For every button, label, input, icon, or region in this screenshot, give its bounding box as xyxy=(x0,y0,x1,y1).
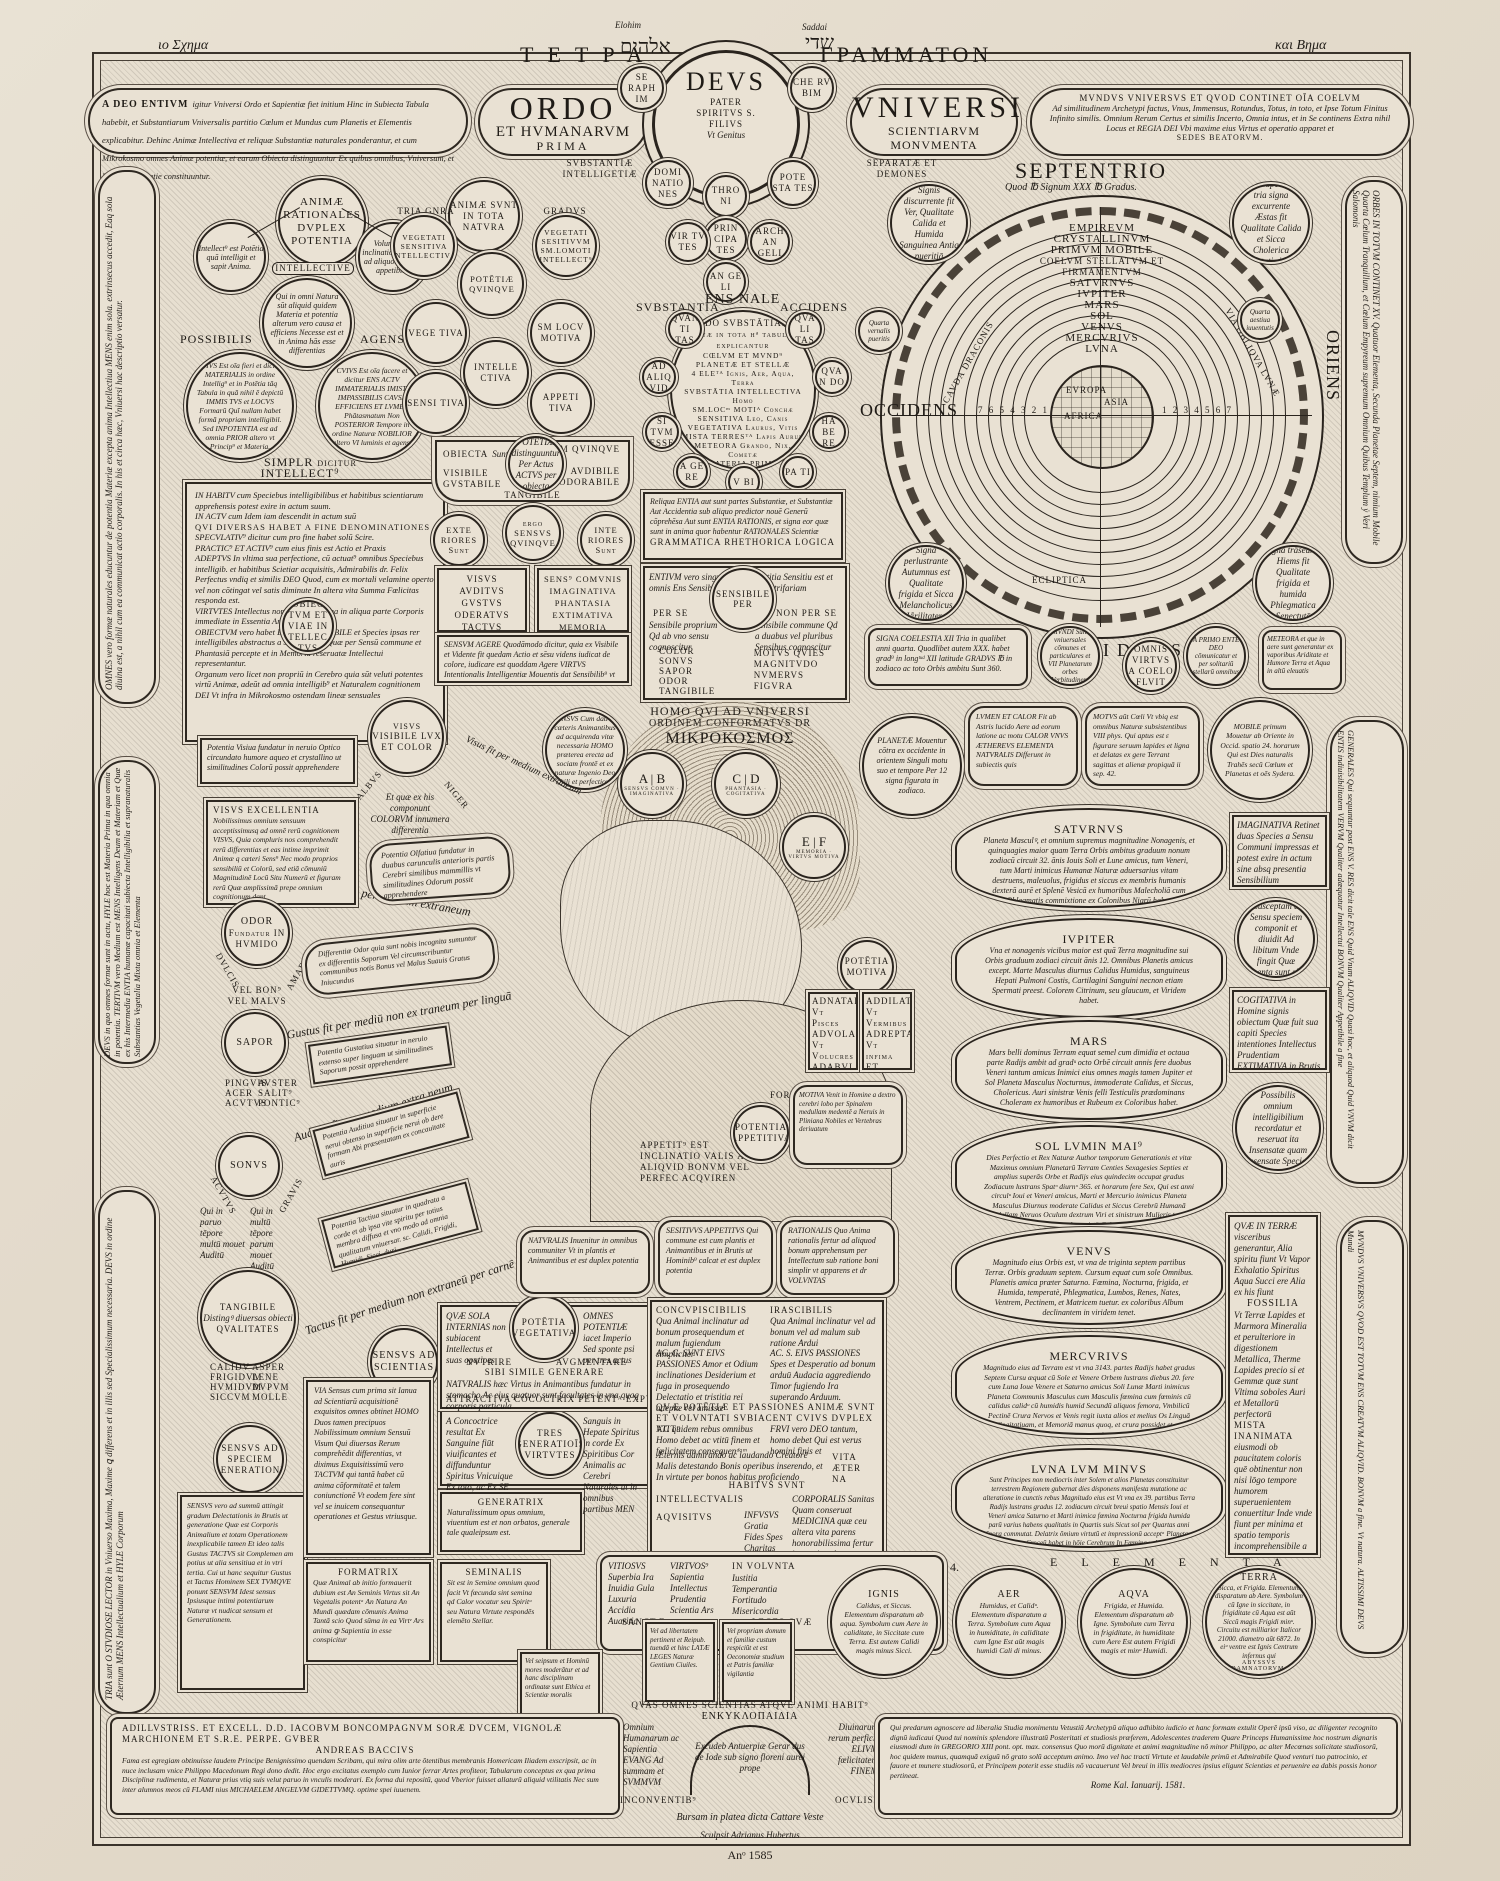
aqua-text: Frigida, et Humida. Elementum disparatum… xyxy=(1090,1601,1178,1655)
quarta-aestiva-circle: Quarta aestiua iuuentutis xyxy=(1240,300,1280,340)
aqua-title: AQVA xyxy=(1118,1589,1150,1601)
order-throni: THRO NI xyxy=(705,175,747,217)
potentiae-quinque-circle: POTĒTIÆ QVINQVE xyxy=(460,252,524,316)
accident-pati: PA TI xyxy=(782,456,814,488)
intro-right-lead: MVNDVS VNIVERSVS ET QVOD CONTINET OĪA CO… xyxy=(1044,93,1396,103)
deus-ring-filius: FILIVS xyxy=(709,119,743,130)
meteora-box: METEORA et que in aere sunt generantur e… xyxy=(1262,630,1342,690)
virtuosus-list: VIRTVOS⁹ Sapientia Intellectus Prudentia… xyxy=(670,1561,725,1616)
brain-cell-ab: A | B SENSVS COMVN · IMAGINATIVA xyxy=(620,752,684,816)
quae-in-terra-column: QVÆ IN TERRÆ visceribus generantur, Alia… xyxy=(1228,1215,1318,1555)
footer-oculis: OCVLIS xyxy=(835,1795,874,1806)
order-archangeli: ARCH AN GELI xyxy=(750,222,790,262)
label-separatae-demones: SEPARATÆ ET DEMONES xyxy=(862,158,942,180)
hebrew-label-elohim: Elohim xyxy=(615,20,641,31)
saturnus-title: SATVRNVS xyxy=(983,822,1195,836)
sapor-right-list: AVSTER SALIT⁹ PONTIC⁹ xyxy=(258,1078,301,1108)
formatrix-title: FORMATRIX xyxy=(313,1567,424,1578)
scale-right: 1 2 3 4 5 6 7 xyxy=(1162,405,1233,416)
reliqua-text: Reliqua ENTIA aut sunt partes Substantiæ… xyxy=(650,497,836,537)
phantasia-circle: PHANTASIA Susceptam a Sensu speciem comp… xyxy=(1237,900,1315,978)
proprium-list: COLOR SONVS SAPOR ODOR TANGIBILE xyxy=(659,646,715,696)
header-greek-right: και Βημα xyxy=(1275,38,1326,54)
corporalis-text: CORPORALIS Sanitas Quam conseruat MEDICI… xyxy=(792,1494,878,1560)
earth-globe: EVROPA ASIA AFRICA xyxy=(1050,365,1154,469)
iupiter-text: Vna et nonagenis vicibus maior est quā T… xyxy=(983,946,1195,1006)
intellectus-banner: INTELLECT⁹ xyxy=(250,466,350,480)
accidens-label: ACCIDENS xyxy=(780,300,848,314)
aeternis-text: Æternis admirando ac laudando Creatorē M… xyxy=(656,1450,826,1483)
sol-title: SOL LVMIN MAI⁹ xyxy=(983,1139,1195,1153)
sapor-ponticus: PONTIC⁹ xyxy=(258,1098,301,1108)
sonus-circle: SONVS xyxy=(218,1135,280,1197)
aer-text: Humidus, et Calidᵘ. Elementum disparatum… xyxy=(965,1601,1053,1655)
ordo-line: 4 ELEᵀᴬ Ignis, Aer, Aqua, Terra xyxy=(680,369,806,387)
intellective-banner: INTELLECTIVE xyxy=(272,262,354,275)
proprium-odor: ODOR xyxy=(659,676,715,686)
intro-cartouche-right: MVNDVS VNIVERSVS ET QVOD CONTINET OĪA CO… xyxy=(1030,88,1410,156)
intellectus-p2: QVI DIVERSAS HABET A FINE DENOMINATIONES xyxy=(195,522,435,533)
ordo-line: SVBSTĀTIA INTELLECTIVA Homo xyxy=(680,387,806,405)
commune-figura: FIGVRA xyxy=(754,681,825,692)
int-memoria: MEMORIA xyxy=(539,621,627,633)
seminalis-title: SEMINALIS xyxy=(447,1567,541,1578)
right-border-orbes-text: ORBES IN TOTVM CONTINET XV. Quatuor Elem… xyxy=(1347,182,1385,558)
cosmos-north-sub: Quod ℔ Signum XXX ℔ Gradus. xyxy=(1005,182,1137,194)
visus-excellentia-text: Nobilissimus omnium sensuum acceptissimu… xyxy=(213,816,349,902)
objectum-circle: OBIEC TVM ET VIAE IN TELLEC TVS xyxy=(282,600,334,652)
accident-situm-esse: SI TVM ESSE xyxy=(645,415,679,449)
ecliptica-label: ECLIPTICA xyxy=(1032,575,1087,586)
title-scientiarum: SCIENTIARVM xyxy=(852,124,1016,138)
terra-title: TERRA xyxy=(1240,1572,1278,1584)
int-sensus-communis: SENS⁹ COMVNIS xyxy=(539,573,627,585)
obiecta-odorabile: ODORABILE xyxy=(559,477,620,488)
venus-text: Magnitudo eius Orbis est, vt vna de trig… xyxy=(983,1258,1195,1318)
iupiter-title: IVPITER xyxy=(983,932,1195,946)
right-border-orbes: ORBES IN TOTVM CONTINET XV. Quatuor Elem… xyxy=(1345,180,1403,564)
intellective-circle: Qui in omni Natura sūt aliquid quidem Ma… xyxy=(262,278,352,368)
lumen-calor-box: LVMEN ET CALOR Fit ab Astris lucido Aere… xyxy=(968,706,1078,786)
potentia-olfactiva-box: Potentia Olfatiua fundatur in duabus car… xyxy=(368,835,512,903)
intellectus-p0: IN HABITV cum Speciebus intelligibilibus… xyxy=(195,490,435,511)
concoctrice-text: A Concoctrice resultat Ex Sanguine fiūt … xyxy=(446,1416,516,1493)
odor-inner: Fundatur IN HVMIDO xyxy=(226,928,288,950)
aquisitus-label: AQVISITVS xyxy=(656,1512,713,1523)
motiva-text-box: MOTIVA Venit in Homine a dextro cerebri … xyxy=(793,1085,903,1165)
element-ignis: IGNIS Calidus, et Siccus. Elementum disp… xyxy=(830,1568,938,1676)
power-appetitiva: APPETI TIVA xyxy=(530,372,592,434)
mundi-circle: MVNDI Sunt vniuersales cōmunes et partic… xyxy=(1040,626,1100,686)
left-border-omnes-text: OMNES vero formæ naturales educuntur de … xyxy=(100,172,128,698)
luna-title: LVNA LVM MINVS xyxy=(983,1462,1195,1476)
imaginativa-box: IMAGINATIVA Retinet duas Species a Sensu… xyxy=(1232,815,1327,887)
deus-ring-genitus: Vt Genitus xyxy=(707,130,745,141)
title-monumenta: MONVMENTA xyxy=(852,138,1016,152)
power-intellectiva: INTELLE CTIVA xyxy=(463,340,529,406)
tangibile-molle: MOLLE xyxy=(252,1392,290,1402)
globe-africa: AFRICA xyxy=(1064,411,1103,422)
terra-text: Sicca, et Frigida. Elementum disparatum … xyxy=(1215,1584,1303,1661)
scale-left: 7 6 5 4 3 2 1 xyxy=(978,405,1049,416)
brain-cell-ef: E | F MEMORIA · VIRTVS MOTIVA xyxy=(782,815,846,879)
potentia-appetitiva-circle: POTENTIA APPETITIVA xyxy=(733,1105,789,1161)
proprium-sapor: SAPOR xyxy=(659,666,715,676)
seminalis-box: SEMINALIS Sit est in Semine omnium quod … xyxy=(440,1562,548,1662)
power-vegetiva: VEGE TIVA xyxy=(405,302,467,364)
header-grammaton: ΓΡΑΜΜΑΤΟΝ xyxy=(820,42,992,68)
interiores-circle: INTE RIORES Sunt xyxy=(580,514,632,566)
iupiter-cartouche: IVPITER Vna et nonagenis vicibus maior e… xyxy=(955,918,1223,1018)
footer-center-right: Diuinarum rerum perficit ELIVM fœlicitat… xyxy=(818,1722,878,1777)
sapor-circle: SAPOR xyxy=(224,1012,286,1074)
commune-motus: MOTVS QVIES xyxy=(754,648,825,659)
order-potestates: POTE STA TES xyxy=(770,160,816,206)
sol-cartouche: SOL LVMIN MAI⁹ Dies Perfectio et Rex Nat… xyxy=(955,1125,1223,1225)
right-border-generales: GENERALES Qui sequuntur post ENS V. RES … xyxy=(1330,720,1404,1184)
potentia-vegetativa-circle: POTĒTIA VEGETATIVA xyxy=(512,1296,576,1360)
mercurius-cartouche: MERCVRIVS Magnitudo eius ad Terram est v… xyxy=(955,1335,1223,1435)
hebrew-saddai: שדי xyxy=(805,32,834,55)
cell-ab-ring: SENSVS COMVN · IMAGINATIVA xyxy=(622,787,682,797)
element-aqua: AQVA Frigida, et Humida. Elementum dispa… xyxy=(1080,1568,1188,1676)
tangibile-right-list: ASPER LENE DVPVM MOLLE xyxy=(252,1362,290,1402)
accident-habere: HA BE RE xyxy=(812,415,846,449)
sapor-auster: AVSTER xyxy=(258,1078,301,1088)
possibilis-label: POSSIBILIS xyxy=(180,332,253,346)
accident-ad-aliquid: AD ALIQ VID xyxy=(642,360,676,394)
hebrew-elohim: אלהים xyxy=(620,36,671,59)
ens-nale-label: ENS NALE xyxy=(705,292,780,308)
adnatandum-box: ADNATADV Vt Pisces ADVOLANDVM Vt Volucre… xyxy=(808,992,858,1070)
gradus-circle: VEGETATI SESITIVVM SM.LOMOTI INTELLECT⁹ xyxy=(535,215,597,277)
footer-sculpsit: Sculpsit Adrianus Hubertus xyxy=(640,1830,860,1841)
tangibile-sub: Distingꝰ diuersas obiecti xyxy=(203,1313,292,1324)
element-terra: TERRA Sicca, et Frigida. Elementum dispa… xyxy=(1205,1568,1313,1676)
intellectus-p1: IN ACTV cum Idem iam descendit in actum … xyxy=(195,511,435,522)
elementa-label: ELEMENTA xyxy=(1050,1555,1306,1569)
commune-list: MOTVS QVIES MAGNITVDO NVMERVS FIGVRA xyxy=(754,648,825,692)
accident-agere: A GE RE xyxy=(676,456,708,488)
tangibile-durum: DVPVM xyxy=(252,1382,290,1392)
visus-ring: VISVS xyxy=(393,722,421,731)
sphere-labels: EMPIREVM CRYSTALLINVM PRIMVM MOBILE COEL… xyxy=(1002,223,1202,355)
visus-inner: VISIBILE LVX ET COLOR xyxy=(372,731,442,753)
luna-cartouche: LVNA LVM MINVS Sunt Principes non medioc… xyxy=(955,1448,1223,1548)
deus-title: DEVS xyxy=(686,67,766,97)
power-sensitiva: SENSI TIVA xyxy=(405,372,467,434)
intellectus-p3: SPECVLATIV⁹ dicitur cum pro fine habet s… xyxy=(195,532,435,543)
footer-center-top: QVAS OMNES SCIENTIAS ATQVE ANIMI HABIT⁹ xyxy=(620,1700,880,1711)
tangibile-title: TANGIBILE xyxy=(220,1302,276,1313)
addilatandum-box: ADDILATA Vt Vermibus ADREPTAN Vt infima … xyxy=(862,992,912,1070)
anima-rationalis-circle: ANIMÆ RATIONALES DVPLEX POTENTIA xyxy=(278,178,366,266)
microcosm-title-2: ORDINEM CONFORMATVS DR xyxy=(620,718,840,730)
saturnus-cartouche: SATVRNVS Planeta Masculꝰ, et omnium supr… xyxy=(955,808,1223,908)
habitus-sunt-label: HABITVS SVNT xyxy=(652,1480,882,1491)
imaginativa-text: IMAGINATIVA Retinet duas Species a Sensu… xyxy=(1237,820,1322,886)
footer-year: Anᵒ 1585 xyxy=(640,1848,860,1862)
visus-excellentia-title: VISVS EXCELLENTIA xyxy=(213,805,349,816)
aer-title: AER xyxy=(998,1589,1021,1601)
per-se-label: PER SE xyxy=(653,608,688,619)
intro-cartouche-left: A DEO ENTIVM igitur Vniversi Ordo et Sap… xyxy=(88,88,468,154)
vel-propriam-box: Vel propriam domum et familiæ custum res… xyxy=(722,1622,792,1702)
ordo-line: SENSITIVA Leo, Canis xyxy=(698,414,789,423)
sensum-agere-box: SENSVM AGERE Quodāmodo dicitur, quia ex … xyxy=(437,635,629,683)
proprium-tangibile: TANGIBILE xyxy=(659,686,715,696)
element-aer: AER Humidus, et Calidᵘ. Elementum dispar… xyxy=(955,1568,1063,1676)
generatrix-title: GENERATRIX xyxy=(447,1497,575,1508)
microcosm-title-greek: ΜΙΚΡΟΚΟΣΜΟΣ xyxy=(620,730,840,748)
season-winter-circle: Sole istud tria Signa trāseunte Hiems fi… xyxy=(1255,545,1331,621)
footer-inconventibus: INCONVENTIB⁹ xyxy=(620,1795,697,1806)
potentia-visiva-box: Potentia Visiua fundatur in neruio Optic… xyxy=(200,738,355,784)
ordo-line: MISTA TERRESᵀᴬ Lapis Aurum xyxy=(681,432,804,441)
tria-genera-circle: VEGETATI SENSITIVA INTELLECTIVA xyxy=(393,215,455,277)
sensus-ad-speciem-circle: SENSVS AD SPECIEM GENERATIONE xyxy=(216,1425,284,1493)
sonus-qui-right: Qui in multū tēpore parum mouet Auditū xyxy=(250,1206,295,1272)
cell-cd-ring: PHANTASIA · COGITATIVA xyxy=(716,787,776,797)
irascibilis-text: Qua Animal inclinatur vel ad bonum vel a… xyxy=(770,1316,878,1349)
rationalis-box: RATIONALIS Quo Anima rationalis fertur a… xyxy=(780,1220,895,1295)
footer-right-date: Rome Kal. Ianuarij. 1581. xyxy=(890,1780,1386,1791)
fossilia-text: Vt Terræ Lapides et Marmora Mineralia et… xyxy=(1234,1310,1312,1420)
quarta-vernalis-circle: Quarta vernalis pueritis xyxy=(858,310,900,352)
season-autumn-circle: Sole tria Hæc Signa perlustrante Autumnu… xyxy=(888,545,964,621)
colorum-text: Et quæ ex his componunt COLORVM innumera… xyxy=(370,792,450,836)
in-volunta-list: Iustitia Temperantia Fortitudo Misericor… xyxy=(732,1573,792,1617)
tangibile-lene: LENE xyxy=(252,1372,290,1382)
ignis-text: Calidus, et Siccus. Elementum disparatum… xyxy=(840,1601,928,1655)
irascibilis-passio: AC. S. EIVS PASSIONES Spes et Desperatio… xyxy=(770,1348,878,1403)
footer-dedication-right: Qui predarum agnoscere ad liberalia Stud… xyxy=(878,1717,1398,1815)
footer-left-author: ANDREAS BACCIVS xyxy=(122,1745,608,1756)
signa-coelestia-box: SIGNA COELESTIA XII Tria in qualibet ann… xyxy=(868,628,1028,686)
attractiva-label: ATTRACTIVA CŌCOCTRIX PETENTᴬ EXPVLSIᴬ xyxy=(446,1394,675,1405)
footer-center-left: Omnium Humanarum ac Sapientia EVANG Ad s… xyxy=(623,1722,683,1788)
cell-cd-letters: C | D xyxy=(732,771,759,787)
brain-cell-cd: C | D PHANTASIA · COGITATIVA xyxy=(714,752,778,816)
ext-oderatus: ODERATVS xyxy=(439,609,525,621)
title-universi: VNIVERSI xyxy=(852,92,1016,124)
label-substantiae-intelligetiae: SVBSTANTIÆ INTELLIGETIÆ xyxy=(555,158,645,180)
animae-in-natura-circle: ANIMÆ SVNT IN TOTA NATVRA xyxy=(448,180,520,252)
accident-quando: QVA N DO xyxy=(815,360,849,394)
cosmos-north: SEPTENTRIO xyxy=(1015,158,1167,184)
intro-left-lead: A DEO ENTIVM xyxy=(102,99,188,110)
primo-ente-circle: A PRIMO ENTE DEO cōmunicatur et per soli… xyxy=(1186,626,1246,686)
intro-right-text: Ad similitudinem Archetypi factus, Vnus,… xyxy=(1044,103,1396,133)
potentia-motiva-circle: POTĒTIA MOTIVA xyxy=(840,940,894,994)
cell-ab-letters: A | B xyxy=(639,771,665,787)
visus-excellentia-box: VISVS EXCELLENTIA Nobilissimus omnium se… xyxy=(206,800,356,905)
order-principates: PRIN CIPA TES xyxy=(705,218,747,260)
intellectus-p4: PRACTIC⁹ ET ACTIV⁹ cum eius finis est Ac… xyxy=(195,543,435,554)
sensus-vero-box: SENSVS vero ad summū attingit gradum Del… xyxy=(180,1495,305,1690)
sphere-firmamentum: COELVM STELLATVM ET FIRMAMENTVM xyxy=(1002,256,1202,278)
via-sensus-box: VIA Sensus cum prima sit Ianua ad Scient… xyxy=(306,1380,431,1555)
left-border-deus: DEVS in quo omnes formæ sunt in actu, HY… xyxy=(98,760,156,1064)
fossilia-title: FOSSILIA xyxy=(1234,1298,1312,1310)
generatrix-text: Naturalissimum opus omnium, viuentium es… xyxy=(447,1508,575,1538)
ext-visus: VISVS xyxy=(439,573,525,585)
sensus-quinque-circle: ergo SENSVS QVINQVE xyxy=(505,505,561,561)
exteriores-list: VISVS AVDITVS GVSTVS ODERATVS TACTVS xyxy=(437,568,527,632)
power-motiva: SM LOCV MOTIVA xyxy=(530,302,592,364)
possibilis-circle: CVIVS Est oīa fieri et dicitur MATERIALI… xyxy=(186,352,294,460)
proprium-color: COLOR xyxy=(659,646,715,656)
sphere-primum-mobile: PRIMVM MOBILE xyxy=(1002,245,1202,256)
latae-leges-box: Vel ad libertatem pertinent et Reipub. t… xyxy=(645,1622,715,1702)
mercurius-text: Magnitudo eius ad Terram est vt vna 3143… xyxy=(983,1363,1195,1435)
tres-generationis-circle: TRES GENERATIOĪS VIRTVTES xyxy=(518,1412,582,1476)
ext-tactus: TACTVS xyxy=(439,621,525,633)
right-border-mundus: MVNDVS VNIVERSVS QVOD EST TOTVM ENS CREA… xyxy=(1340,1220,1404,1654)
left-border-tria: TRIA sunt O STVDIOSE LECTOR in Vniuerso … xyxy=(98,1190,156,1714)
generatrix-box: GENERATRIX Naturalissimum opus omnium, v… xyxy=(440,1492,582,1552)
sanguis-text: Sanguis in Hepate Spiritus in corde Ex S… xyxy=(583,1416,643,1515)
reliqua-end: GRAMMATICA RHETHORICA LOGICA xyxy=(650,537,836,548)
sensibile-title: SENSIBILE xyxy=(716,589,770,599)
footer-right-text: Qui predarum agnoscere ad liberalia Stud… xyxy=(890,1723,1386,1780)
motus-coeli-box: MOTVS aūt Cœli Vt vbiq est omnibus Natur… xyxy=(1085,706,1200,786)
intro-right-end: SEDES BEATORVM. xyxy=(1044,133,1396,142)
mista-text: eiusmodi ob paucitatem coloris quē obtin… xyxy=(1234,1442,1312,1555)
header-greek-left: ιο Σχημα xyxy=(158,38,208,54)
omnis-virtus-circle: OMNIS VIRTVS A COELO FLVIT xyxy=(1125,640,1177,692)
vel-seipsum-box: Vel seipsum et Hominū mores moderātur et… xyxy=(520,1652,600,1722)
planetae-circle: PLANETÆ Mouentur cōtra ex occidente in o… xyxy=(862,716,962,816)
cell-ef-letters: E | F xyxy=(802,834,826,850)
intellectualis-label: INTELLECTVALIS xyxy=(656,1494,744,1505)
potentiae-actus-circle: POTĒTIÆ distinguuntur Per Actus ACTVS pe… xyxy=(508,436,564,492)
sphere-luna: LVNA xyxy=(1002,344,1202,355)
sol-text: Dies Perfectio et Rex Naturæ Author temp… xyxy=(983,1153,1195,1225)
memoria-circle: MEMORIA Est arca omnium Specierum Sensib… xyxy=(1235,1085,1321,1171)
saturnus-text: Planeta Masculꝰ, et omnium supremus magn… xyxy=(983,836,1195,906)
footer-bursam: Bursam in platea dicta Cattare Veste xyxy=(640,1812,860,1824)
sensibile-circle: SENSIBILE PER xyxy=(712,568,774,630)
order-cherubim: CHE RV BIM xyxy=(790,66,834,110)
commune-numerus: NVMERVS xyxy=(754,670,825,681)
globe-europa: EVROPA xyxy=(1066,385,1107,396)
sibi-simile-label: SIBI SIMILE GENERARE xyxy=(442,1367,647,1378)
title-right-cartouche: VNIVERSI SCIENTIARVM MONVMENTA xyxy=(850,88,1018,156)
elementa-number: 4. xyxy=(950,1560,959,1574)
quae-in-terra-text: QVÆ IN TERRÆ visceribus generantur, Alia… xyxy=(1234,1221,1312,1298)
mobile-primum-circle: MOBILE primum Mouetur ab Oriente in Occi… xyxy=(1210,700,1310,800)
sapor-salitus: SALIT⁹ xyxy=(258,1088,301,1098)
mercurius-title: MERCVRIVS xyxy=(983,1349,1195,1363)
passiones-box: CONCVPISCIBILIS Qua Animal inclinatur ad… xyxy=(650,1300,884,1554)
interiores-list: SENS⁹ COMVNIS IMAGINATIVA PHANTASIA EXTI… xyxy=(537,568,629,632)
venus-cartouche: VENVS Magnitudo eius Orbis est, vt vna d… xyxy=(955,1230,1223,1325)
int-extimativa: EXTIMATIVA xyxy=(539,609,627,621)
left-border-omnes: OMNES vero formæ naturales educuntur de … xyxy=(98,170,156,704)
visus-circle: VISVS VISIBILE LVX ET COLOR xyxy=(370,700,444,774)
footer-left-text: Fama est egregiam obtinuisse laudem Prin… xyxy=(122,1756,608,1794)
title-prima: PRIMA xyxy=(480,140,646,153)
ext-gustus: GVSTVS xyxy=(439,597,525,609)
cogitativa-box: COGITATIVA in Homine signis obiectum Quæ… xyxy=(1232,990,1327,1070)
sensitivus-appetitus-box: SESITIVVS APPETITVS Qui commune est cum … xyxy=(658,1220,773,1295)
concupiscibilis-title: CONCVPISCIBILIS xyxy=(656,1305,747,1316)
odor-circle: ODOR Fundatur IN HVMIDO xyxy=(224,900,290,966)
ext-auditus: AVDITVS xyxy=(439,585,525,597)
deus-ring-spiritus: SPIRITVS S. xyxy=(696,108,756,119)
ordo-line: VEGETATIVA Laurus, Vitis xyxy=(688,423,799,432)
sensibile-per: PER xyxy=(733,599,753,610)
microcosm-title-1: HOMO QVI AD VNIVERSI xyxy=(620,705,840,718)
proprium-sonus: SONVS xyxy=(659,656,715,666)
cell-ef-ring: MEMORIA · VIRTVS MOTIVA xyxy=(784,850,844,860)
mars-cartouche: MARS Mars belli dominus Terram equat sem… xyxy=(955,1020,1223,1120)
ordo-line: PLANETÆ ET STELLÆ xyxy=(696,360,790,369)
left-border-tria-text: TRIA sunt O STVDIOSE LECTOR in Vniuerso … xyxy=(100,1192,130,1708)
int-phantasia: PHANTASIA xyxy=(539,597,627,609)
tangibile-asper: ASPER xyxy=(252,1362,290,1372)
intellectus-p8: Organum vero licet non propriū in Cerebr… xyxy=(195,669,435,701)
formatrix-text: Quæ Animal ab initio formauerit dubium e… xyxy=(313,1578,424,1645)
mars-text: Mars belli dominus Terram equat semel cu… xyxy=(983,1048,1195,1108)
right-border-mundus-text: MVNDVS VNIVERSVS QVOD EST TOTVM ENS CREA… xyxy=(1342,1222,1370,1648)
exteriores-circle: EXTE RIORES Sunt xyxy=(433,514,485,566)
tangibile-circle: TANGIBILE Distingꝰ diuersas obiecti QVAL… xyxy=(200,1270,296,1366)
globe-asia: ASIA xyxy=(1104,397,1129,408)
seminalis-text: Sit est in Semine omnium quod facit Vt f… xyxy=(447,1578,541,1626)
deus-ring-pater: PATER xyxy=(710,97,742,108)
odor-title: ODOR xyxy=(241,916,273,928)
int-imaginativa: IMAGINATIVA xyxy=(539,585,627,597)
accident-quantitas: QVAN TI TAS xyxy=(668,312,702,346)
season-spring-circle: Sole tribus hisce Signis discurrente fit… xyxy=(890,184,968,262)
accident-qualitas: QVA LI TAS xyxy=(788,312,822,346)
non-per-se-label: NON PER SE xyxy=(776,608,837,619)
in-volunta-label: IN VOLVNTA xyxy=(732,1561,796,1572)
sonus-qui-left: Qui in paruo tēpore multū mouet Auditū xyxy=(200,1206,245,1261)
order-virtutes: VIR TV TES xyxy=(668,222,708,262)
left-border-deus-text: DEVS in quo omnes formæ sunt in actu, HY… xyxy=(100,762,144,1062)
reliqua-entia-box: Reliqua ENTIA aut sunt partes Substantiæ… xyxy=(643,492,843,560)
footer-dedication-left: ADILLVSTRISS. ET EXCELL. D.D. IACOBVM BO… xyxy=(110,1717,620,1815)
obiecta-title: OBIECTA xyxy=(443,449,488,459)
irascibilis-title: IRASCIBILIS xyxy=(770,1305,833,1316)
ordo-line: SM.LOCᵐ MOTIᴬ Conchæ xyxy=(692,405,793,414)
obiecta-audibile: AVDIBILE xyxy=(571,466,620,477)
right-border-generales-text: GENERALES Qui sequuntur post ENS V. RES … xyxy=(1332,722,1360,1178)
commune-magnitudo: MAGNITVDO xyxy=(754,659,825,670)
luna-text: Sunt Principes non mediocris inter Solem… xyxy=(983,1476,1195,1548)
intellectus-p5: ADEPTVS In vltima sua perfectione, cū ac… xyxy=(195,553,435,606)
footer-left-title: ADILLVSTRISS. ET EXCELL. D.D. IACOBVM BO… xyxy=(122,1723,608,1745)
season-summer-circle: Sole super Ista tria signa excurrente Æs… xyxy=(1232,184,1310,262)
order-dominationes: DOMI NATIO NES xyxy=(645,160,691,206)
mista-title: MISTA INANIMATA xyxy=(1234,1420,1312,1442)
tangibile-qualitates: QVALITATES xyxy=(216,1324,279,1335)
cosmos-east: ORIENS xyxy=(1322,330,1343,401)
venus-title: VENVS xyxy=(983,1244,1195,1258)
ordo-line: CŒLVM ET MVND⁹ xyxy=(703,351,783,360)
agens-label: AGENS xyxy=(360,332,405,346)
naturalis-box: NATVRALIS Inuenitur in omnibus communite… xyxy=(520,1230,650,1294)
formatrix-box: FORMATRIX Quæ Animal ab initio formaueri… xyxy=(306,1562,431,1662)
footer-center: QVAS OMNES SCIENTIAS ATQVE ANIMI HABIT⁹ … xyxy=(620,1700,880,1723)
ignis-title: IGNIS xyxy=(868,1589,900,1601)
mars-title: MARS xyxy=(983,1034,1195,1048)
title-humanarum: ET HVMANARVM xyxy=(480,124,646,140)
order-seraphim: SE RAPH IM xyxy=(620,66,664,110)
